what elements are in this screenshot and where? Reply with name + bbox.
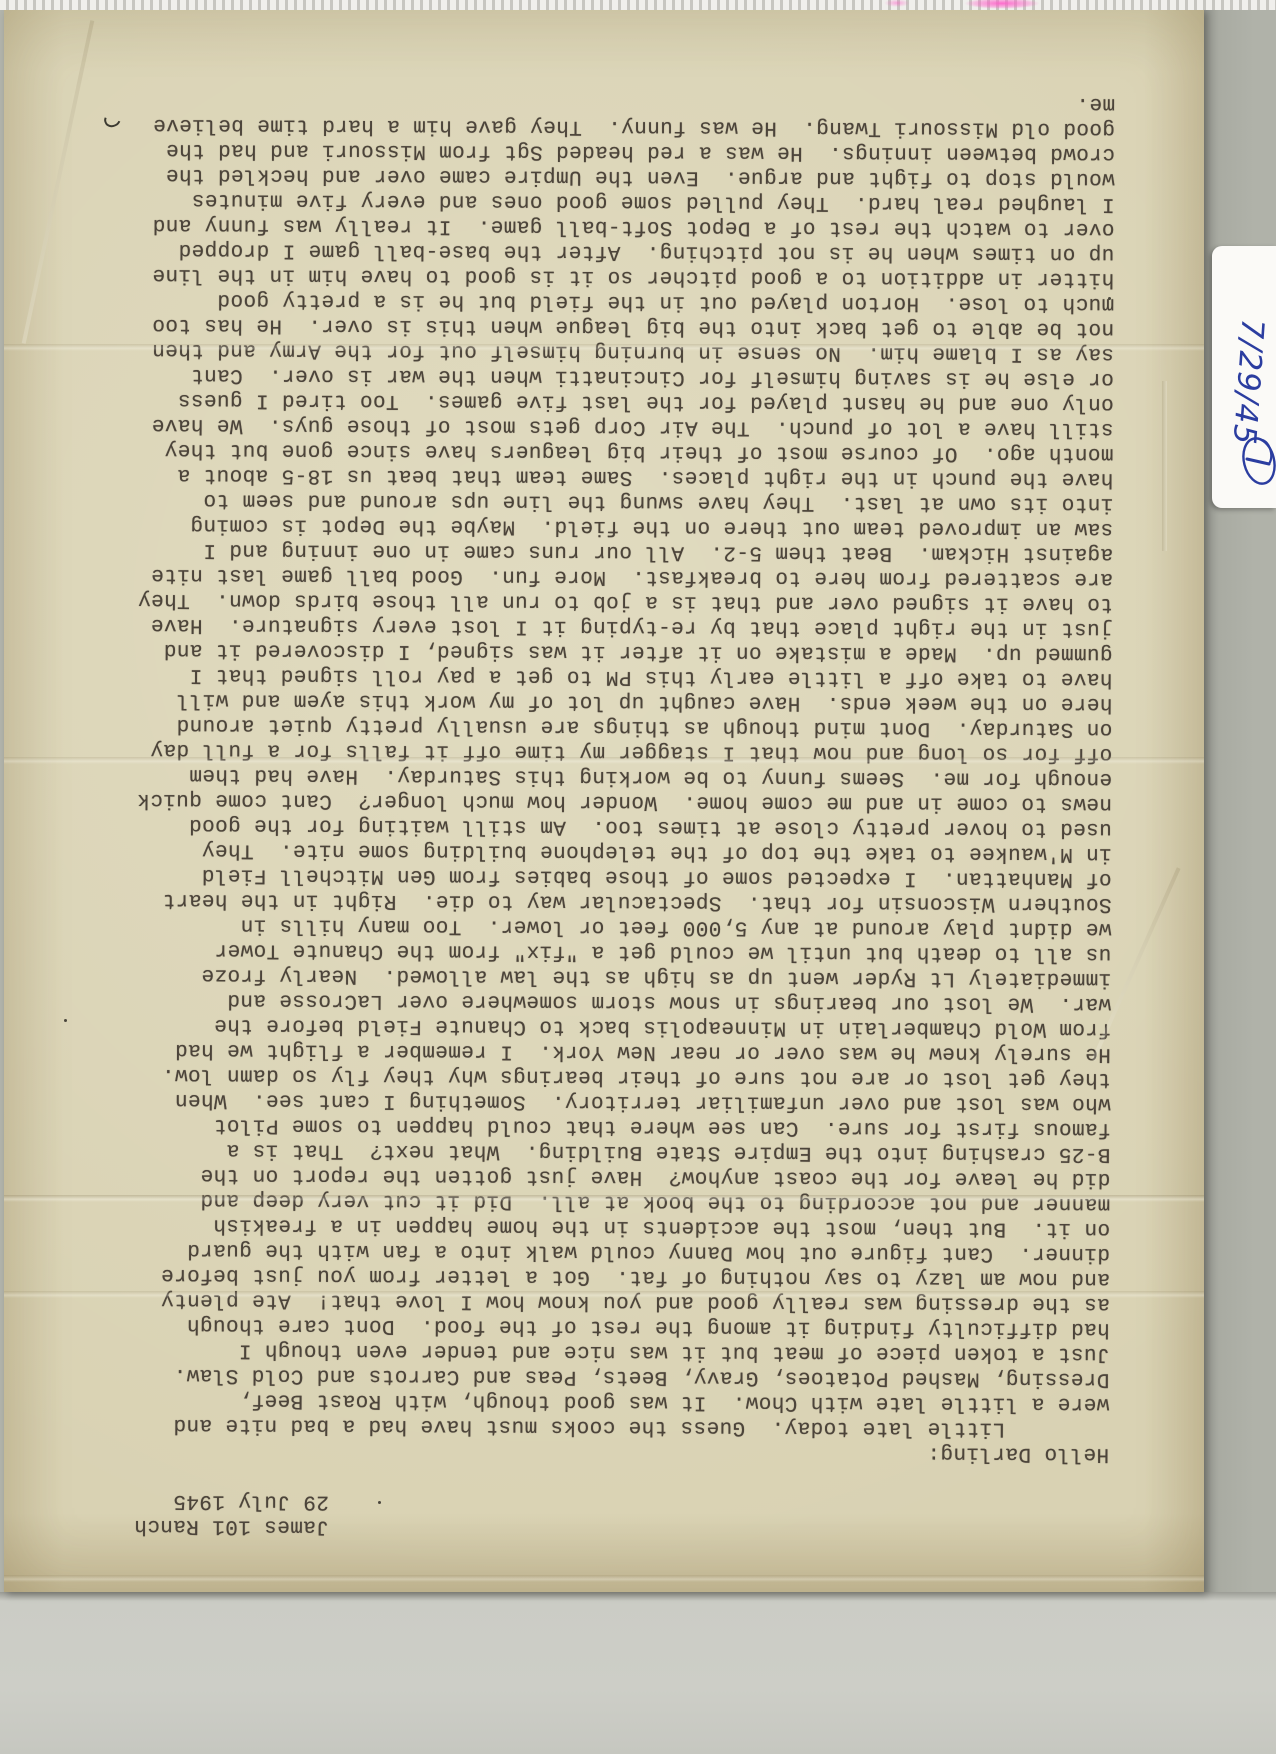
letter-body-line: to have it signed over and that is a job… bbox=[5, 586, 1113, 616]
letter-body-line: war. We lost our bearings in snow storm … bbox=[3, 986, 1111, 1016]
letter-body-line: us all to death but until we could get a… bbox=[3, 936, 1111, 966]
letter-body-line: crowd between innings. He was a red head… bbox=[7, 136, 1115, 166]
fold-crease-vertical bbox=[1162, 381, 1167, 551]
letter-body-line: we didnt play around at any 5,000 feet o… bbox=[3, 911, 1111, 941]
letter-body-line: were a little late with Chow. It was goo… bbox=[1, 1386, 1109, 1416]
letter-body-line: have the punch in the right places. Same… bbox=[5, 461, 1113, 491]
letterhead-line: James 101 Ranch bbox=[1, 1512, 329, 1538]
letter-body-line: saw an improved team out there on the fi… bbox=[5, 511, 1113, 541]
letter-body-line: famous first for sure. Can see where tha… bbox=[3, 1111, 1111, 1141]
letter-body-line: who was lost and over unfamiliar territo… bbox=[3, 1086, 1111, 1116]
letterhead: James 101 Ranch 29 July 1945 bbox=[1, 1487, 329, 1538]
salutation: Hello Darling: bbox=[1, 1436, 1109, 1466]
letter-body-line: Dressing, Mashed Potatoes, Gravy, Beets,… bbox=[1, 1361, 1109, 1391]
letter-body-line: here on the week ends. Have caught up lo… bbox=[4, 686, 1112, 716]
letter-body-line: Southern Wisconsin for that. Spectacular… bbox=[4, 886, 1112, 916]
letter-body-line: good old Missouri Twang. He was funny. T… bbox=[7, 111, 1115, 141]
ink-speck bbox=[1108, 297, 1111, 300]
letter-body-line: on it. But then, most the accidents in t… bbox=[2, 1211, 1110, 1241]
letter-body-line: hitter in addition to a good pitcher so … bbox=[6, 261, 1114, 291]
letter-body-line: have to take off a little early this PM … bbox=[4, 661, 1112, 691]
letter-body-line: or else he is saving himself for Cincina… bbox=[6, 361, 1114, 391]
letter-body-line: B-25 crashing into the Empire State Buil… bbox=[2, 1136, 1110, 1166]
letter-body-line: immediately Lt Ryder went up as high as … bbox=[3, 961, 1111, 991]
handwritten-date: 7/29/45 bbox=[1225, 311, 1271, 453]
letter-body-line: not be able to get back into the big lea… bbox=[6, 311, 1114, 341]
letter-body-line: used to hover pretty close at times too.… bbox=[4, 811, 1112, 841]
fold-crease bbox=[4, 344, 1204, 351]
scanner-backing-bottom bbox=[0, 1592, 1276, 1754]
letter-body-line: gummed up. Made a mistake on it after it… bbox=[5, 636, 1113, 666]
letterhead-line: 29 July 1945 bbox=[1, 1487, 329, 1513]
letter-body-line: would stop to fight and argue. Even the … bbox=[7, 161, 1115, 191]
letter-body-line: in M'waukee to take the top of the telep… bbox=[4, 836, 1112, 866]
letter-body: Hello Darling: Little late today. Guess … bbox=[1, 86, 1115, 1466]
scanned-letter-page: James 101 Ranch 29 July 1945 Hello Darli… bbox=[4, 9, 1204, 1592]
fold-crease bbox=[4, 757, 1204, 764]
letter-body-line: Just a token piece of meat but it was ni… bbox=[2, 1336, 1110, 1366]
scanner-background: James 101 Ranch 29 July 1945 Hello Darli… bbox=[0, 0, 1276, 1754]
ink-speck bbox=[378, 1501, 381, 1504]
letter-body-line: over to watch the rest of a Depot Soft-b… bbox=[6, 211, 1114, 241]
fold-crease bbox=[4, 1575, 1204, 1582]
letter-body-line: still have a lot of punch. The Air Corp … bbox=[6, 411, 1114, 441]
letter-body-line: just in the right place that by re-typin… bbox=[5, 611, 1113, 641]
letter-body-line: news to come in and me come home. Wonder… bbox=[4, 786, 1112, 816]
letter-content: James 101 Ranch 29 July 1945 Hello Darli… bbox=[1, 6, 1208, 1594]
letter-body-line: they get lost or are not sure of their b… bbox=[3, 1061, 1111, 1091]
ink-speck bbox=[64, 1019, 67, 1022]
page-number-annotation bbox=[1240, 434, 1276, 488]
letter-body-line: Little late today. Guess the cooks must … bbox=[1, 1411, 1109, 1441]
pink-scanner-artifact-small bbox=[884, 0, 910, 7]
fold-crease bbox=[4, 1291, 1204, 1298]
circled-one-icon bbox=[1240, 434, 1276, 488]
letter-body-line: are scattered from here to breakfast. Mo… bbox=[5, 561, 1113, 591]
letter-body-line: from Wold Chamberlain in Minneapolis bac… bbox=[3, 1011, 1111, 1041]
scanner-edge-strip bbox=[0, 0, 1276, 10]
pink-scanner-artifact bbox=[952, 0, 1052, 10]
letter-body-line: and now am lazy to say nothing of fat. G… bbox=[2, 1261, 1110, 1291]
letter-body-line: month ago. Of course most of their big l… bbox=[5, 436, 1113, 466]
letter-body-line: say as I blame him. No sense in burning … bbox=[6, 336, 1114, 366]
letter-body-line: into its own at last. They have swung th… bbox=[5, 486, 1113, 516]
fold-crease bbox=[4, 1195, 1204, 1202]
letter-body-line: had difficulty finding it among the rest… bbox=[2, 1311, 1110, 1341]
letter-body-line: did he leave for the coast anyhow? Have … bbox=[2, 1161, 1110, 1191]
